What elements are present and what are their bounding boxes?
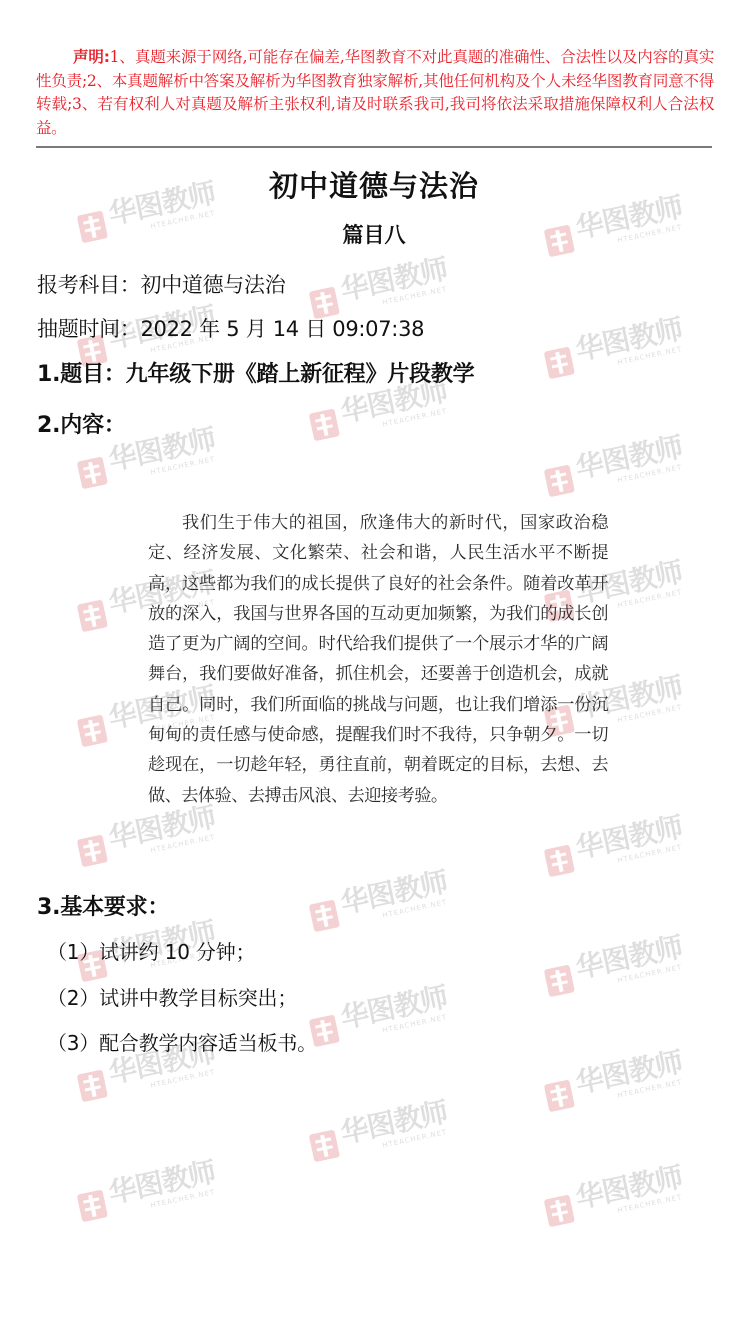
disclaimer-label: 声明: (73, 48, 110, 66)
huatu-logo-icon (309, 899, 340, 932)
huatu-logo-icon (544, 1079, 575, 1112)
huatu-logo-icon (544, 464, 575, 497)
huatu-logo-icon (544, 346, 575, 379)
separator-line (36, 146, 712, 148)
content-heading: 2.内容： (37, 410, 126, 442)
huatu-logo-icon (544, 844, 575, 877)
watermark: 华图教师HTEACHER.NET (74, 1150, 232, 1236)
disclaimer: 声明:1、真题来源于网络,可能存在偏差,华图教育不对此真题的准确性、合法性以及内… (36, 46, 714, 140)
huatu-logo-icon (77, 714, 108, 747)
huatu-logo-icon (77, 456, 108, 489)
topic-heading: 1.题目：九年级下册《踏上新征程》片段教学 (37, 359, 474, 391)
requirement-item: （2）试讲中教学目标突出； (47, 983, 297, 1013)
huatu-logo-icon (544, 1194, 575, 1227)
watermark: 华图教师HTEACHER.NET (541, 805, 699, 891)
watermark: 华图教师HTEACHER.NET (541, 425, 699, 511)
watermark: 华图教师HTEACHER.NET (541, 925, 699, 1011)
requirement-item: （3）配合教学内容适当板书。 (47, 1028, 317, 1058)
watermark: 华图教师HTEACHER.NET (306, 860, 464, 946)
subject-line: 报考科目：初中道德与法治 (37, 270, 285, 300)
document-subtitle: 篇目八 (0, 219, 748, 251)
document-title: 初中道德与法治 (0, 166, 748, 206)
watermark: 华图教师HTEACHER.NET (541, 1155, 699, 1241)
huatu-logo-icon (77, 1189, 108, 1222)
huatu-logo-icon (544, 964, 575, 997)
document-page: 华图教师HTEACHER.NET 华图教师HTEACHER.NET 华图教师HT… (0, 0, 748, 1335)
draw-time-line: 抽题时间：2022 年 5 月 14 日 09:07:38 (37, 314, 424, 344)
requirement-item: （1）试讲约 10 分钟； (47, 937, 255, 967)
huatu-logo-icon (309, 408, 340, 441)
huatu-logo-icon (77, 599, 108, 632)
huatu-logo-icon (77, 1069, 108, 1102)
watermark: 华图教师HTEACHER.NET (541, 307, 699, 393)
watermark: 华图教师HTEACHER.NET (541, 1040, 699, 1126)
watermark: 华图教师HTEACHER.NET (306, 975, 464, 1061)
huatu-logo-icon (77, 834, 108, 867)
huatu-logo-icon (309, 1129, 340, 1162)
requirements-heading: 3.基本要求： (37, 892, 169, 924)
content-excerpt: 我们生于伟大的祖国，欣逢伟大的新时代，国家政治稳定、经济发展、文化繁荣、社会和谐… (148, 508, 608, 811)
disclaimer-text: 1、真题来源于网络,可能存在偏差,华图教育不对此真题的准确性、合法性以及内容的真… (36, 48, 714, 137)
watermark: 华图教师HTEACHER.NET (306, 1090, 464, 1176)
